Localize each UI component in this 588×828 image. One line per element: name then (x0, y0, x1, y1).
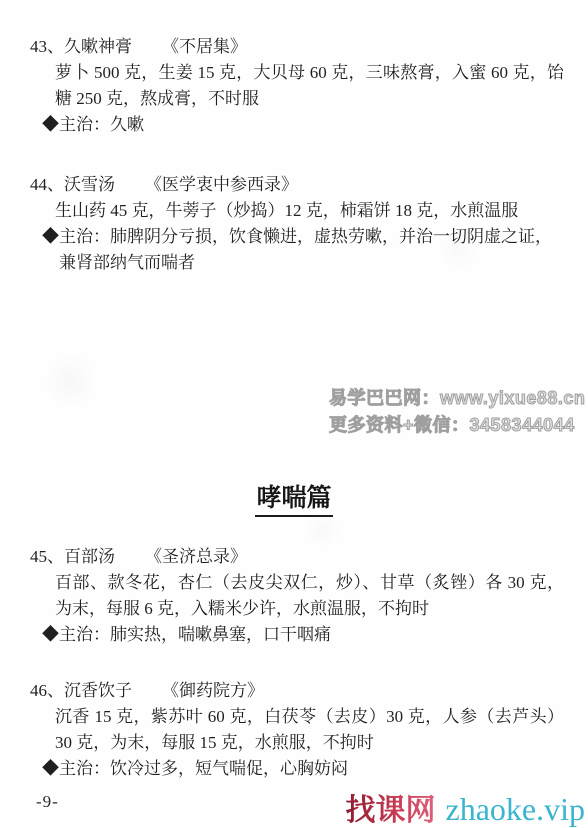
recipe-preparation: 生山药 45 克，牛蒡子（炒捣）12 克，柿霜饼 18 克，水煎温服 (55, 198, 564, 224)
indication-text: 肺实热，喘嗽鼻塞，口干咽痛 (110, 625, 331, 644)
recipe-source: 《医学衷中参西录》 (145, 175, 298, 194)
recipe-indication: ◆主治：饮冷过多，短气喘促，心胸妨闷 (59, 756, 564, 782)
recipe-source: 《不居集》 (162, 37, 247, 56)
page-number: -9- (36, 792, 59, 812)
indication-label: ◆主治： (42, 625, 110, 644)
recipe-preparation: 沉香 15 克，紫苏叶 60 克，白茯苓（去皮）30 克，人参（去芦头）30 克… (55, 704, 564, 756)
recipe-entry-45: 45、百部汤《圣济总录》 百部、款冬花，杏仁（去皮尖双仁，炒）、甘草（炙锉）各 … (0, 544, 588, 648)
recipe-source: 《圣济总录》 (145, 547, 247, 566)
recipe-indication: ◆主治：肺脾阴分亏损，饮食懒进，虚热劳嗽，并治一切阴虚之证，兼肾部纳气而喘者 (59, 224, 564, 276)
recipe-number: 46、 (30, 681, 64, 700)
recipe-heading: 45、百部汤《圣济总录》 (30, 544, 588, 570)
recipe-heading: 46、沉香饮子《御药院方》 (30, 678, 588, 704)
recipe-name: 沃雪汤 (64, 175, 115, 194)
recipe-entry-44: 44、沃雪汤《医学衷中参西录》 生山药 45 克，牛蒡子（炒捣）12 克，柿霜饼… (0, 172, 588, 276)
recipe-heading: 44、沃雪汤《医学衷中参西录》 (30, 172, 588, 198)
recipe-indication: ◆主治：久嗽 (59, 112, 564, 138)
recipe-number: 43、 (30, 37, 64, 56)
recipe-heading: 43、久嗽神膏《不居集》 (30, 34, 588, 60)
recipe-indication: ◆主治：肺实热，喘嗽鼻塞，口干咽痛 (59, 622, 564, 648)
watermark-contact-line: 更多资料+微信：3458344044 (329, 412, 585, 439)
recipe-number: 45、 (30, 547, 64, 566)
center-watermark: 易学巴巴网：www.yixue88.cn 更多资料+微信：3458344044 (329, 385, 585, 439)
recipe-preparation: 萝卜 500 克，生姜 15 克，大贝母 60 克，三味熬膏，入蜜 60 克，饴… (55, 60, 564, 112)
watermark-site-name: 找课网 (346, 794, 436, 827)
recipe-name: 久嗽神膏 (64, 37, 132, 56)
indication-label: ◆主治： (42, 759, 110, 778)
indication-label: ◆主治： (42, 115, 110, 134)
scanned-document-page: 43、久嗽神膏《不居集》 萝卜 500 克，生姜 15 克，大贝母 60 克，三… (0, 0, 588, 828)
section-title: 哮喘篇 (0, 478, 588, 517)
indication-text: 肺脾阴分亏损，饮食懒进，虚热劳嗽，并治一切阴虚之证，兼肾部纳气而喘者 (59, 227, 552, 272)
recipe-name: 百部汤 (64, 547, 115, 566)
indication-text: 久嗽 (110, 115, 144, 134)
recipe-entry-43: 43、久嗽神膏《不居集》 萝卜 500 克，生姜 15 克，大贝母 60 克，三… (0, 34, 588, 138)
indication-text: 饮冷过多，短气喘促，心胸妨闷 (110, 759, 348, 778)
recipe-preparation: 百部、款冬花，杏仁（去皮尖双仁，炒）、甘草（炙锉）各 30 克，为末，每服 6 … (55, 570, 564, 622)
indication-label: ◆主治： (42, 227, 110, 246)
recipe-name: 沉香饮子 (64, 681, 132, 700)
recipe-source: 《御药院方》 (162, 681, 264, 700)
recipe-entry-46: 46、沉香饮子《御药院方》 沉香 15 克，紫苏叶 60 克，白茯苓（去皮）30… (0, 678, 588, 782)
watermark-site-url: zhaoke.vip (446, 791, 586, 827)
bottom-watermark: 找课网zhaoke.vip (346, 785, 586, 828)
section-title-text: 哮喘篇 (255, 478, 332, 517)
watermark-site-line: 易学巴巴网：www.yixue88.cn (329, 385, 585, 412)
recipe-number: 44、 (30, 175, 64, 194)
